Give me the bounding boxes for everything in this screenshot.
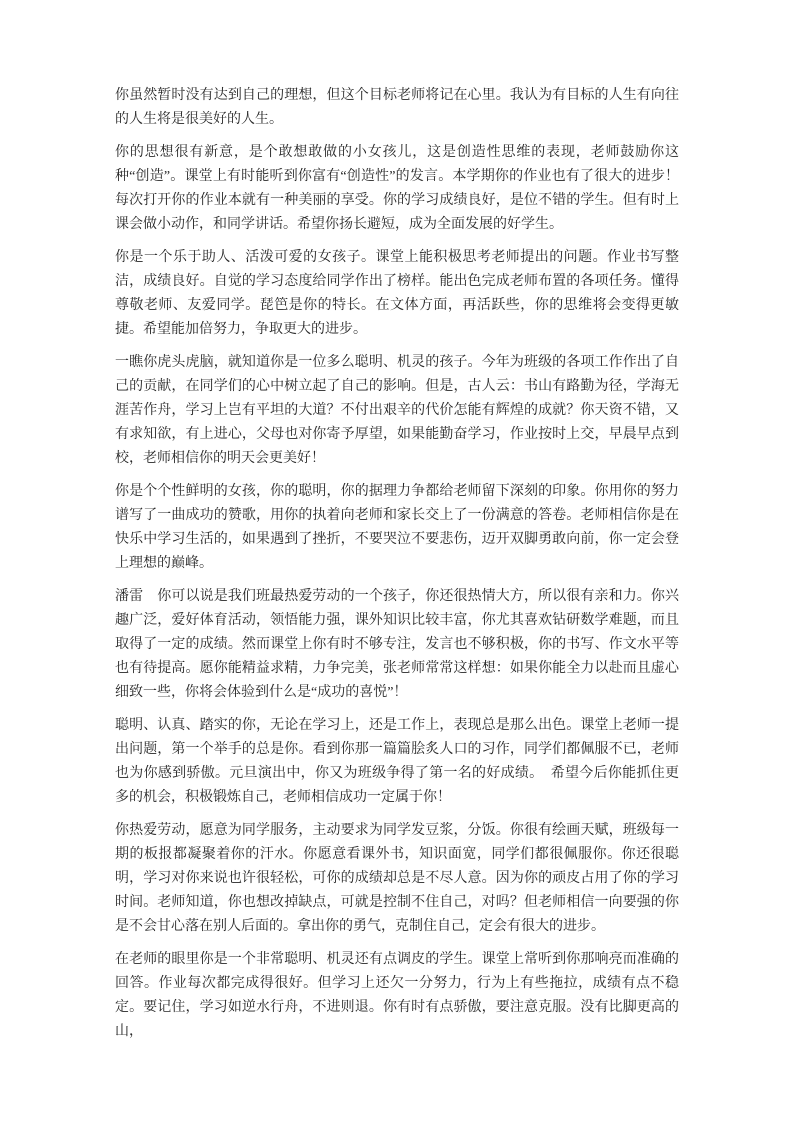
paragraph-6: 潘雷 你可以说是我们班最热爱劳动的一个孩子，你还很热情大方，所以很有亲和力。你兴…: [115, 585, 679, 705]
paragraph-5: 你是个个性鲜明的女孩，你的聪明，你的据理力争都给老师留下深刻的印象。你用你的努力…: [115, 480, 679, 576]
paragraph-1: 你虽然暂时没有达到自己的理想，但这个目标老师将记在心里。我认为有目标的人生有向往…: [115, 84, 679, 132]
paragraph-2: 你的思想很有新意，是个敢想敢做的小女孩儿，这是创造性思维的表现，老师鼓励你这种“…: [115, 141, 679, 237]
paragraph-4: 一瞧你虎头虎脑，就知道你是一位多么聪明、机灵的孩子。今年为班级的各项工作作出了自…: [115, 351, 679, 471]
paragraph-8: 你热爱劳动，愿意为同学服务，主动要求为同学发豆浆，分饭。你很有绘画天赋，班级每一…: [115, 819, 679, 939]
document-page: 你虽然暂时没有达到自己的理想，但这个目标老师将记在心里。我认为有目标的人生有向往…: [0, 0, 793, 1122]
paragraph-3: 你是一个乐于助人、活泼可爱的女孩子。课堂上能积极思考老师提出的问题。作业书写整洁…: [115, 246, 679, 342]
paragraph-9: 在老师的眼里你是一个非常聪明、机灵还有点调皮的学生。课堂上常听到你那响亮而准确的…: [115, 948, 679, 1044]
paragraph-7: 聪明、认真、踏实的你，无论在学习上，还是工作上，表现总是那么出色。课堂上老师一提…: [115, 714, 679, 810]
